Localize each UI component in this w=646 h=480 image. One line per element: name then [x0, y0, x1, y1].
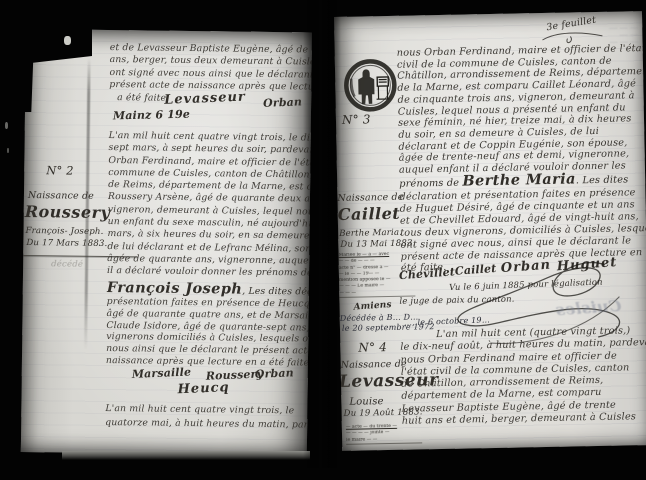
- act2-margin-note: décédé: [51, 259, 83, 269]
- name-line-suffix: , Les dites déclaration et: [242, 286, 311, 298]
- manuscript-line: il a déclaré vouloir donner les prénoms …: [107, 265, 311, 280]
- act4-margin-label: Naissance de: [341, 359, 407, 371]
- act3-margin-date: Du 13 Mai 1883.: [340, 238, 415, 249]
- name-line-suffix: . Les dites: [576, 174, 629, 186]
- register-scan: et de Levasseur Baptiste Eugène, âgé de …: [0, 0, 646, 480]
- act3-margin-surname: Caillet: [338, 204, 401, 224]
- manuscript-line: quatorze mai, à huit heures du matin, pa…: [105, 416, 309, 432]
- signature-marsaille: Marsaille: [132, 365, 192, 380]
- act3-body-text: nous Orban Ferdinand, maire et officier …: [397, 43, 646, 176]
- act3-margin-given-names: Berthe Maria.: [339, 228, 402, 239]
- act2-margin-given-names: François- Joseph.: [25, 226, 103, 237]
- right-page: 3e feuillet ⸺ ⸺ ⸺⸺ ⸺⸺ ⸺ ⸺ N° 3 nous Orba…: [334, 11, 646, 451]
- act4-margin-given-names: Louise: [349, 396, 383, 408]
- paper-speck: [7, 148, 9, 153]
- child-name-francois-joseph: François Joseph: [107, 279, 243, 298]
- page-bottom-edge: [62, 451, 310, 460]
- signature-heucq: Heucq: [177, 380, 230, 397]
- signature-orban: Orban: [255, 366, 294, 381]
- act3-margin-number: N° 3: [342, 112, 371, 127]
- act1-continuation-text: et de Levasseur Baptiste Eugène, âgé de …: [109, 42, 312, 94]
- signature-levasseur: Levasseur: [164, 90, 246, 108]
- left-page: et de Levasseur Baptiste Eugène, âgé de …: [21, 29, 312, 455]
- act3-margin-label: Naissance de: [337, 192, 403, 204]
- paper-speck: [5, 122, 8, 129]
- name-line-prefix: prénoms de: [399, 178, 462, 190]
- timbre-stamp-icon: [342, 56, 399, 117]
- stamp-line: le maire — —: [346, 436, 422, 444]
- act2-margin-number: N° 2: [46, 163, 74, 177]
- signature-extra: Mainz 6 19e: [113, 108, 190, 123]
- signature-orban: Orban: [263, 95, 302, 110]
- act4-body-text: L'an mil huit cent (quatre vingt trois,)…: [400, 325, 646, 428]
- act3-start-text: L'an mil huit cent quatre vingt trois, l…: [105, 402, 309, 432]
- act2-body-text: L'an mil huit cent quatre vingt trois, l…: [107, 130, 312, 280]
- act4-margin-number: N° 4: [358, 340, 387, 355]
- act2-margin-date: Du 17 Mars 1883.: [26, 238, 107, 249]
- book-gutter-shadow: [303, 0, 341, 468]
- act2-margin-surname: Roussery: [25, 202, 111, 222]
- act2-margin-label: Naissance de: [28, 190, 94, 202]
- act2-body-text-after: présentation faites en présence de Heucq…: [106, 296, 311, 369]
- paper-speck: [64, 36, 71, 45]
- mention-signature: Amiens: [353, 300, 392, 313]
- child-name-berthe-maria: Berthe Maria: [462, 170, 576, 189]
